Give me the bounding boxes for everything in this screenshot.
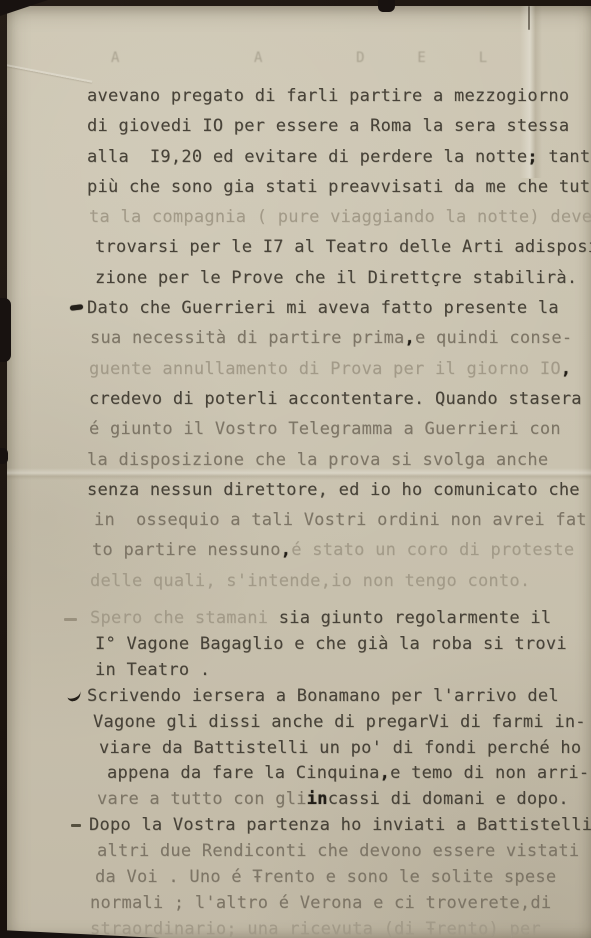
typed-line: normali ; l'altro é Verona e ci troveret…	[90, 893, 591, 919]
typed-text-block: avevano pregato di farli partire a mezzo…	[87, 86, 591, 938]
typed-line: viare da Battistelli un po' di fondi per…	[99, 738, 591, 764]
typed-text-segment: ;	[527, 147, 538, 167]
typed-text-segment: straordinario; una ricevuta (di Ŧrento) …	[90, 919, 541, 938]
typed-text-segment: Dato che Guerrieri mi aveva fatto presen…	[87, 298, 559, 318]
typed-text-segment: tanto	[538, 147, 591, 167]
typed-line: straordinario; una ricevuta (di Ŧrento) …	[90, 919, 591, 938]
typed-text-segment: più che sono gia stati preavvisati da me…	[87, 177, 591, 197]
paper-edge-irregularity	[0, 298, 11, 362]
typed-line: la disposizione che la prova si svolga a…	[87, 450, 591, 480]
typed-line: avevano pregato di farli partire a mezzo…	[87, 86, 591, 116]
paper-edge-spot	[0, 448, 8, 464]
typed-line: Dopo la Vostra partenza ho inviati a Bat…	[89, 815, 591, 841]
typed-text-segment: credevo di poterli accontentare. Quando …	[89, 389, 582, 409]
typed-line: di giovedi IO per essere a Roma la sera …	[87, 116, 591, 146]
typed-text-segment: ,	[281, 540, 292, 560]
typed-text-segment: senza nessun direttore, ed io ho comunic…	[87, 480, 580, 500]
typed-text-segment: I° Vagone Bagaglio e che già la roba si …	[95, 634, 567, 654]
typed-text-segment: ,	[380, 763, 391, 783]
typed-text-segment: in Teatro .	[95, 660, 210, 680]
typed-text-segment: Scrivendo iersera a Bonamano per l'arriv…	[87, 686, 559, 706]
typed-text-segment: appena da fare la Cinquina	[107, 763, 380, 783]
typed-line: ta la compagnia ( pure viaggiando la not…	[89, 207, 591, 237]
diagonal-crease	[7, 63, 92, 83]
typed-text-segment: ta la compagnia ( pure viaggiando la not…	[89, 207, 591, 227]
typed-line: altri due Rendiconti che devono essere v…	[97, 841, 591, 867]
typed-line: zione per le Prove che il Direttçre stab…	[95, 268, 591, 298]
typed-line: in Teatro .	[95, 660, 591, 686]
margin-dash-icon	[70, 304, 84, 311]
typed-text-segment: e temo di non arri-	[390, 763, 589, 783]
typed-text-segment: trovarsi per le I7 al Teatro delle Arti …	[95, 237, 591, 257]
typed-line: Spero che stamani sia giunto regolarment…	[90, 608, 591, 634]
typed-text-segment: Vagone gli dissi anche di pregarVi di fa…	[93, 712, 586, 732]
typed-line: appena da fare la Cinquina,e temo di non…	[107, 763, 591, 789]
typed-text-segment: zione per le Prove che il Direttçre stab…	[95, 268, 577, 288]
typed-text-segment: ,	[561, 359, 572, 379]
typed-text-segment: di giovedi IO per essere a Roma la sera …	[87, 116, 569, 136]
typed-text-segment: altri due Rendiconti che devono essere v…	[97, 841, 579, 861]
typed-line: vare a tutto con gliincassi di domani e …	[97, 789, 591, 815]
typed-text-segment: guente annullamento di Prova per il gior…	[89, 359, 561, 379]
typed-text-segment: sia giunto regolarmente il	[279, 608, 552, 628]
typed-text-segment: alla I9,20 ed evitare di perdere la nott…	[87, 147, 527, 167]
typed-text-segment: avevano pregato di farli partire a mezzo…	[87, 86, 569, 106]
typed-text-segment: Spero che stamani	[90, 608, 279, 628]
typed-line: Dato che Guerrieri mi aveva fatto presen…	[87, 298, 591, 328]
typed-line: da Voi . Uno é Ŧrento e sono le solite s…	[95, 867, 591, 893]
typed-text-segment: la disposizione che la prova si svolga a…	[87, 450, 548, 470]
margin-dash-icon	[64, 618, 77, 621]
typed-text-segment: delle quali, s'intende,io non tengo cont…	[90, 571, 530, 591]
typed-line: guente annullamento di Prova per il gior…	[89, 359, 591, 389]
typed-line: sua necessità di partire prima,e quindi …	[90, 328, 591, 358]
bleedthrough-letterhead: A A D E L	[111, 50, 499, 66]
typed-text-segment: vare a tutto con gli	[97, 789, 307, 809]
margin-dash-icon	[71, 824, 81, 827]
vertical-fold-crease-mark	[528, 6, 530, 30]
typed-line: I° Vagone Bagaglio e che già la roba si …	[95, 634, 591, 660]
typed-text-segment: e quindi conse-	[415, 328, 572, 348]
typed-line: più che sono gia stati preavvisati da me…	[87, 177, 591, 207]
typed-line: to partire nessuno,é stato un coro di pr…	[92, 540, 591, 570]
typed-line: Vagone gli dissi anche di pregarVi di fa…	[93, 712, 591, 738]
margin-dash-icon	[66, 687, 82, 702]
typed-line: credevo di poterli accontentare. Quando …	[89, 389, 591, 419]
typed-line: in ossequio a tali Vostri ordini non avr…	[94, 510, 591, 540]
typed-text-segment: Dopo la Vostra partenza ho inviati a Bat…	[89, 815, 591, 835]
typed-line: trovarsi per le I7 al Teatro delle Arti …	[95, 237, 591, 267]
typed-text-segment: in	[307, 789, 328, 809]
paper-edge-notch	[378, 0, 395, 12]
typed-text-segment: in ossequio a tali Vostri ordini non avr…	[94, 510, 587, 530]
letter-page: A A D E L avevano pregato di farli parti…	[7, 6, 591, 938]
typed-text-segment: é giunto il Vostro Telegramma a Guerrier…	[89, 419, 561, 439]
typed-line: é giunto il Vostro Telegramma a Guerrier…	[89, 419, 591, 449]
typed-text-segment: normali ; l'altro é Verona e ci troveret…	[90, 893, 551, 913]
typed-text-segment: da Voi . Uno é Ŧrento e sono le solite s…	[95, 867, 556, 887]
typed-text-segment: to partire nessuno	[92, 540, 281, 560]
typed-text-segment: cassi di domani e dopo.	[328, 789, 569, 809]
typed-text-segment: ,	[405, 328, 416, 348]
typed-text-segment: é stato un coro di proteste	[291, 540, 574, 560]
typed-line: Scrivendo iersera a Bonamano per l'arriv…	[87, 686, 591, 712]
typed-line: alla I9,20 ed evitare di perdere la nott…	[87, 147, 591, 177]
typed-text-segment: sua necessità di partire prima	[90, 328, 405, 348]
typed-line: delle quali, s'intende,io non tengo cont…	[90, 571, 591, 601]
typed-line: senza nessun direttore, ed io ho comunic…	[87, 480, 591, 510]
photo-backdrop: A A D E L avevano pregato di farli parti…	[0, 0, 591, 938]
typed-text-segment: viare da Battistelli un po' di fondi per…	[99, 738, 581, 758]
